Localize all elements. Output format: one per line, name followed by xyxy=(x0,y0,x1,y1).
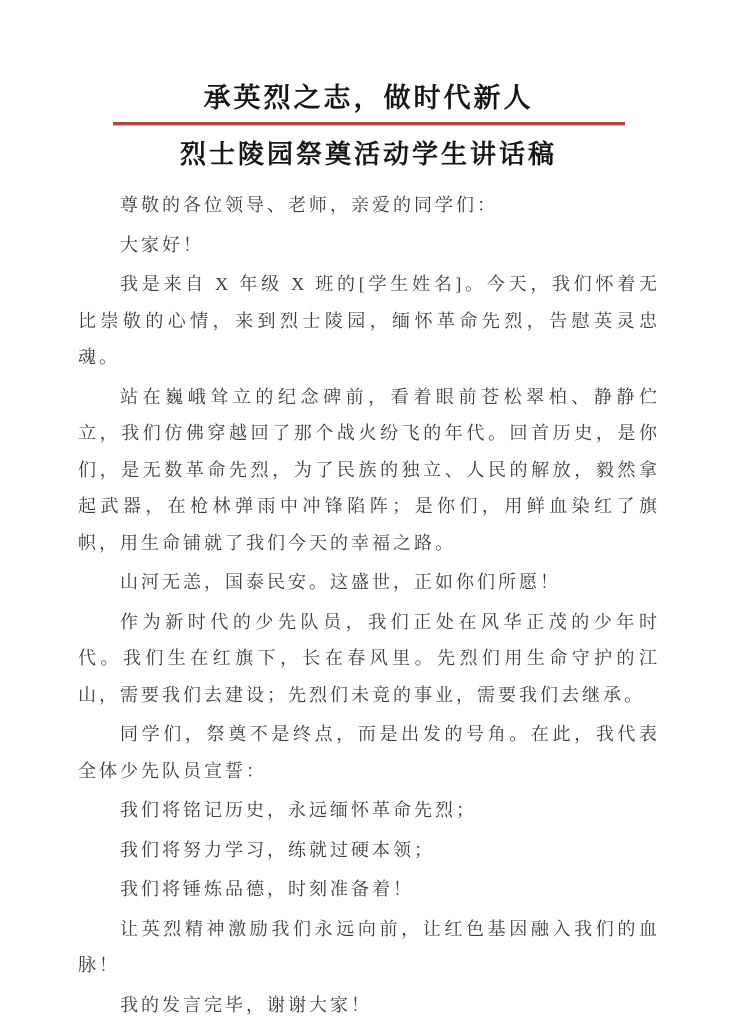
closing-call-line: 让英烈精神激励我们永远向前，让红色基因融入我们的血脉！ xyxy=(78,911,660,984)
title-divider-rule xyxy=(113,122,625,125)
greeting-line: 大家好！ xyxy=(78,227,660,264)
youth-mission-paragraph: 作为新时代的少先队员，我们正处在风华正茂的少年时代。我们生在红旗下，长在春风里。… xyxy=(78,604,660,714)
pledge-item-3: 我们将锤炼品德，时刻准备着！ xyxy=(78,871,660,908)
pledge-item-1: 我们将铭记历史，永远缅怀革命先烈； xyxy=(78,792,660,829)
self-introduction-paragraph: 我是来自 X 年级 X 班的[学生姓名]。今天，我们怀着无比崇敬的心情，来到烈士… xyxy=(78,266,660,376)
blessing-line: 山河无恙，国泰民安。这盛世，正如你们所愿！ xyxy=(78,564,660,601)
document-title: 承英烈之志，做时代新人 xyxy=(0,85,737,112)
document-subtitle: 烈士陵园祭奠活动学生讲话稿 xyxy=(0,142,737,168)
document-page: 承英烈之志，做时代新人 烈士陵园祭奠活动学生讲话稿 尊敬的各位领导、老师，亲爱的… xyxy=(0,0,737,1024)
pledge-intro-paragraph: 同学们，祭奠不是终点，而是出发的号角。在此，我代表全体少先队员宣誓： xyxy=(78,716,660,789)
memorial-paragraph: 站在巍峨耸立的纪念碑前，看着眼前苍松翠柏、静静伫立，我们仿佛穿越回了那个战火纷飞… xyxy=(78,379,660,562)
speech-body: 尊敬的各位领导、老师，亲爱的同学们： 大家好！ 我是来自 X 年级 X 班的[学… xyxy=(78,187,660,1023)
pledge-item-2: 我们将努力学习，练就过硬本领； xyxy=(78,832,660,869)
closing-thanks-line: 我的发言完毕，谢谢大家！ xyxy=(78,987,660,1024)
salutation-line: 尊敬的各位领导、老师，亲爱的同学们： xyxy=(78,187,660,224)
